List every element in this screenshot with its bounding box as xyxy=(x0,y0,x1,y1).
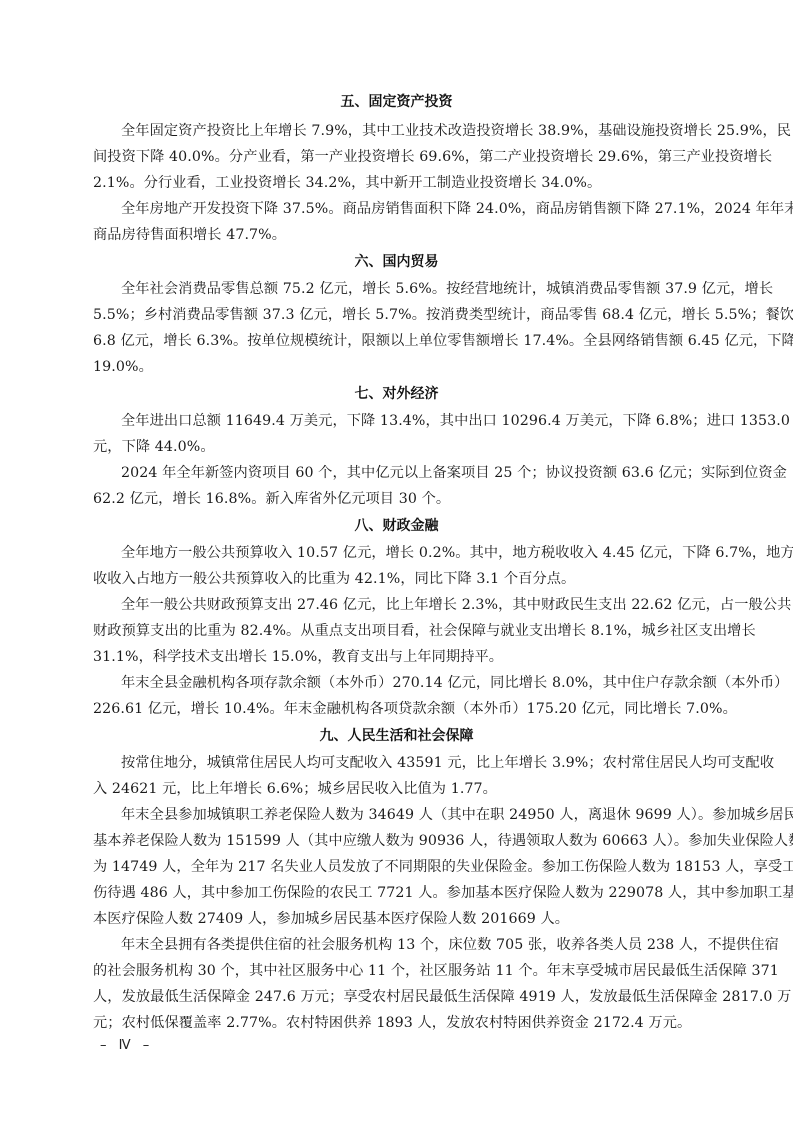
paragraph-line: 伤待遇 486 人，其中参加工伤保险的农民工 7721 人。参加基本医疗保险人数… xyxy=(93,884,700,902)
paragraph-line: 2.1%。分行业看，工业投资增长 34.2%，其中新开工制造业投资增长 34.0… xyxy=(93,174,700,192)
paragraph-line: 全年社会消费品零售总额 75.2 亿元，增长 5.6%。按经营地统计，城镇消费品… xyxy=(121,280,700,298)
paragraph-line: 收收入占地方一般公共预算收入的比重为 42.1%，同比下降 3.1 个百分点。 xyxy=(93,570,700,588)
section-heading-fixed-asset-investment: 五、固定资产投资 xyxy=(93,93,700,111)
paragraph-line: 元，下降 44.0%。 xyxy=(93,438,700,456)
paragraph-line: 全年固定资产投资比上年增长 7.9%，其中工业技术改造投资增长 38.9%，基础… xyxy=(121,122,700,140)
paragraph-line: 全年进出口总额 11649.4 万美元，下降 13.4%，其中出口 10296.… xyxy=(121,412,700,430)
section-heading-foreign-economy: 七、对外经济 xyxy=(93,385,700,403)
document-page: 五、固定资产投资 全年固定资产投资比上年增长 7.9%，其中工业技术改造投资增长… xyxy=(0,0,793,1122)
paragraph-line: 按常住地分，城镇常住居民人均可支配收入 43591 元，比上年增长 3.9%；农… xyxy=(121,754,700,772)
section-heading-livelihood: 九、人民生活和社会保障 xyxy=(93,727,700,745)
paragraph-line: 人，发放最低生活保障金 247.6 万元；享受农村居民最低生活保障 4919 人… xyxy=(93,988,700,1006)
paragraph-line: 基本养老保险人数为 151599 人（其中应缴人数为 90936 人，待遇领取人… xyxy=(93,832,700,850)
paragraph-line: 财政预算支出的比重为 82.4%。从重点支出项目看，社会保障与就业支出增长 8.… xyxy=(93,622,700,640)
section-heading-domestic-trade: 六、国内贸易 xyxy=(93,253,700,271)
paragraph-line: 商品房待售面积增长 47.7%。 xyxy=(93,226,700,244)
paragraph-line: 6.8 亿元，增长 6.3%。按单位规模统计，限额以上单位零售额增长 17.4%… xyxy=(93,332,700,350)
paragraph-line: 年末全县拥有各类提供住宿的社会服务机构 13 个，床位数 705 张，收养各类人… xyxy=(121,936,700,954)
paragraph-line: 全年房地产开发投资下降 37.5%。商品房销售面积下降 24.0%，商品房销售额… xyxy=(121,200,700,218)
paragraph-line: 62.2 亿元，增长 16.8%。新入库省外亿元项目 30 个。 xyxy=(93,490,700,508)
paragraph-line: 入 24621 元，比上年增长 6.6%；城乡居民收入比值为 1.77。 xyxy=(93,780,700,798)
paragraph-line: 226.61 亿元，增长 10.4%。年末金融机构各项贷款余额（本外币）175.… xyxy=(93,700,700,718)
paragraph-line: 2024 年全年新签内资项目 60 个，其中亿元以上备案项目 25 个；协议投资… xyxy=(121,464,700,482)
paragraph-line: 31.1%，科学技术支出增长 15.0%，教育支出与上年同期持平。 xyxy=(93,648,700,666)
paragraph-line: 全年地方一般公共预算收入 10.57 亿元，增长 0.2%。其中，地方税收收入 … xyxy=(121,544,700,562)
paragraph-line: 全年一般公共财政预算支出 27.46 亿元，比上年增长 2.3%，其中财政民生支… xyxy=(121,596,700,614)
paragraph-line: 元；农村低保覆盖率 2.77%。农村特困供养 1893 人，发放农村特困供养资金… xyxy=(93,1014,700,1032)
paragraph-line: 年末全县金融机构各项存款余额（本外币）270.14 亿元，同比增长 8.0%，其… xyxy=(121,674,700,692)
page-number: – Ⅳ – xyxy=(100,1038,153,1053)
paragraph-line: 间投资下降 40.0%。分产业看，第一产业投资增长 69.6%，第二产业投资增长… xyxy=(93,148,700,166)
paragraph-line: 本医疗保险人数 27409 人，参加城乡居民基本医疗保险人数 201669 人。 xyxy=(93,910,700,928)
paragraph-line: 19.0%。 xyxy=(93,358,700,376)
section-heading-finance: 八、财政金融 xyxy=(93,517,700,535)
paragraph-line: 年末全县参加城镇职工养老保险人数为 34649 人（其中在职 24950 人，离… xyxy=(121,806,700,824)
paragraph-line: 为 14749 人，全年为 217 名失业人员发放了不同期限的失业保险金。参加工… xyxy=(93,858,700,876)
paragraph-line: 的社会服务机构 30 个，其中社区服务中心 11 个，社区服务站 11 个。年末… xyxy=(93,962,700,980)
paragraph-line: 5.5%；乡村消费品零售额 37.3 亿元，增长 5.7%。按消费类型统计，商品… xyxy=(93,306,700,324)
